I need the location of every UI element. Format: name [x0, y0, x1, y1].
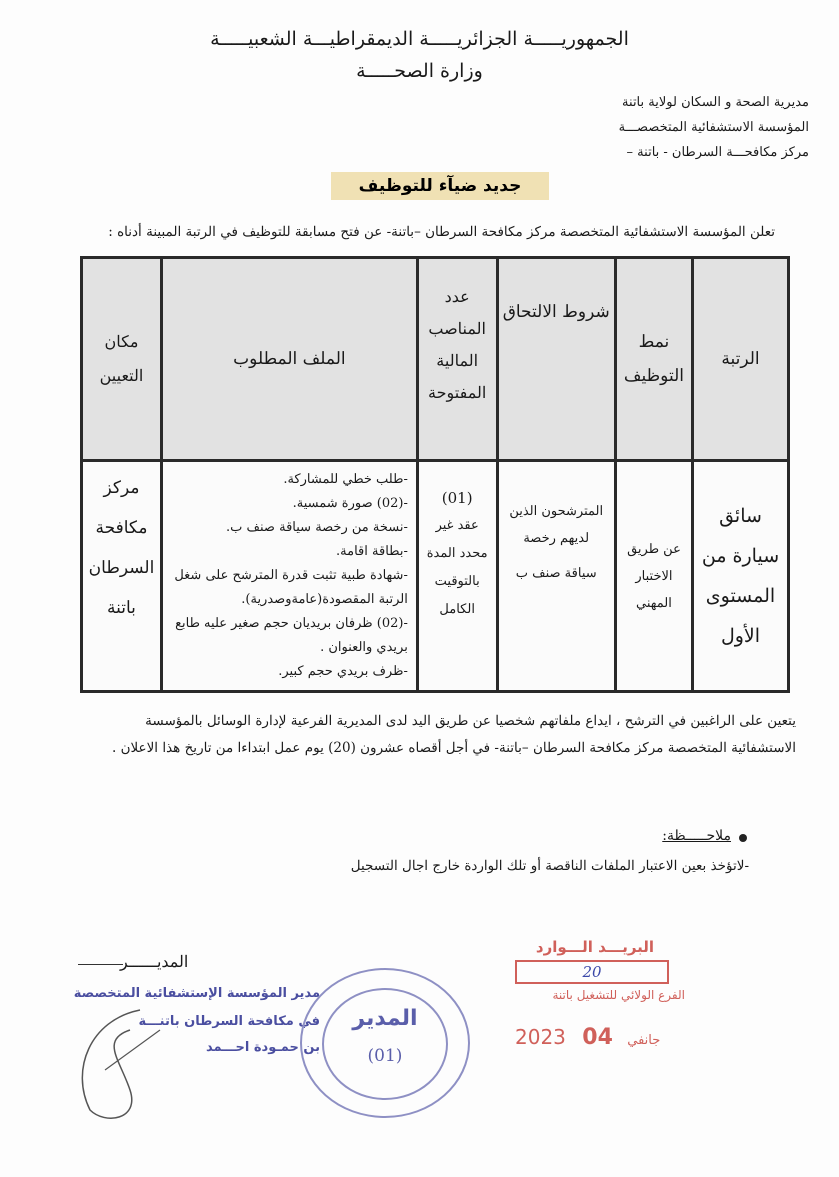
- header-rank: الرتبة: [692, 258, 788, 461]
- mail-stamp-branch: الفرع الولائي للتشغيل باتنة: [505, 988, 685, 1002]
- institution-block: مديرية الصحة و السكان لولاية باتنة المؤس…: [549, 90, 809, 165]
- note-title: ملاحـــــظة:: [662, 828, 731, 844]
- file-item: -(02) ظرفان بريديان حجم صغير عليه طابع ب…: [171, 612, 408, 660]
- note-text: -لاتؤخذ بعين الاعتبار الملفات الناقصة أو…: [229, 858, 749, 874]
- file-item: -بطاقة اقامة.: [171, 540, 408, 564]
- cell-place: مركز مكافحة السرطان باتنة: [82, 461, 162, 692]
- stamp-title: المدير: [300, 1006, 470, 1031]
- signature-icon: [70, 1000, 180, 1130]
- header-conditions: شروط الالتحاق: [497, 258, 615, 461]
- header-positions: عدد المناصب المالية المفتوحة: [417, 258, 497, 461]
- file-item: -(02) صورة شمسية.: [171, 492, 408, 516]
- mail-date-month: جانفي: [627, 1033, 660, 1048]
- table-row: سائق سيارة من المستوى الأول عن طريق الاخ…: [82, 461, 789, 692]
- mail-stamp-date: 2023 جانفي 04: [515, 1025, 668, 1050]
- file-item: -طلب خطي للمشاركة.: [171, 468, 408, 492]
- institution-line: مديرية الصحة و السكان لولاية باتنة: [549, 90, 809, 115]
- recruitment-banner: جديد ضيآء للتوظيف: [331, 172, 549, 200]
- cell-conditions: المترشحون الذين لديهم رخصة سياقة صنف ب: [497, 461, 615, 692]
- header-mode: نمط التوظيف: [615, 258, 692, 461]
- positions-contract: عقد غير محدد المدة بالتوقيت الكامل: [423, 512, 492, 624]
- republic-header: الجمهوريـــــة الجزائريـــــة الديمقراطي…: [0, 28, 839, 50]
- cell-positions: (01) عقد غير محدد المدة بالتوقيت الكامل: [417, 461, 497, 692]
- mail-date-day: 04: [582, 1025, 613, 1050]
- positions-count: (01): [423, 484, 492, 512]
- conditions-line: سياقة صنف ب: [503, 560, 610, 587]
- file-item: -ظرف بريدي حجم كبير.: [171, 660, 408, 684]
- file-item: -نسخة من رخصة سياقة صنف ب.: [171, 516, 408, 540]
- stamp-inner-ring: [322, 988, 448, 1100]
- cell-mode: عن طريق الاختبار المهني: [615, 461, 692, 692]
- director-label: المديــــــر: [120, 952, 188, 971]
- ministry-header: وزارة الصحـــــة: [0, 60, 839, 82]
- mail-stamp-heading: البريـــد الـــوارد: [505, 938, 685, 956]
- director-round-stamp: المدير (01): [300, 968, 470, 1118]
- cell-rank: سائق سيارة من المستوى الأول: [692, 461, 788, 692]
- mail-stamp-number: 20: [515, 960, 669, 984]
- bullet-icon: [739, 834, 747, 842]
- job-table: الرتبة نمط التوظيف شروط الالتحاق عدد الم…: [80, 256, 790, 693]
- header-place: مكان التعيين: [82, 258, 162, 461]
- intro-paragraph: تعلن المؤسسة الاستشفائية المتخصصة مركز م…: [55, 224, 775, 240]
- mail-date-year: 2023: [515, 1025, 566, 1049]
- table-header-row: الرتبة نمط التوظيف شروط الالتحاق عدد الم…: [82, 258, 789, 461]
- stamp-number: (01): [300, 1046, 470, 1066]
- institution-line: مركز مكافحـــة السرطان - باتنة –: [549, 140, 809, 165]
- conditions-line: المترشحون الذين لديهم رخصة: [503, 498, 610, 552]
- cell-file: -طلب خطي للمشاركة. -(02) صورة شمسية. -نس…: [161, 461, 417, 692]
- header-file: الملف المطلوب: [161, 258, 417, 461]
- file-item: -شهادة طبية تثبت قدرة المترشح على شغل ال…: [171, 564, 408, 612]
- incoming-mail-stamp: البريـــد الـــوارد 20 الفرع الولائي للت…: [505, 938, 685, 1002]
- institution-line: المؤسسة الاستشفائية المتخصصـــة: [549, 115, 809, 140]
- director-underline: [78, 964, 123, 965]
- deposit-paragraph: يتعين على الراغبين في الترشح ، ايداع ملف…: [92, 708, 796, 762]
